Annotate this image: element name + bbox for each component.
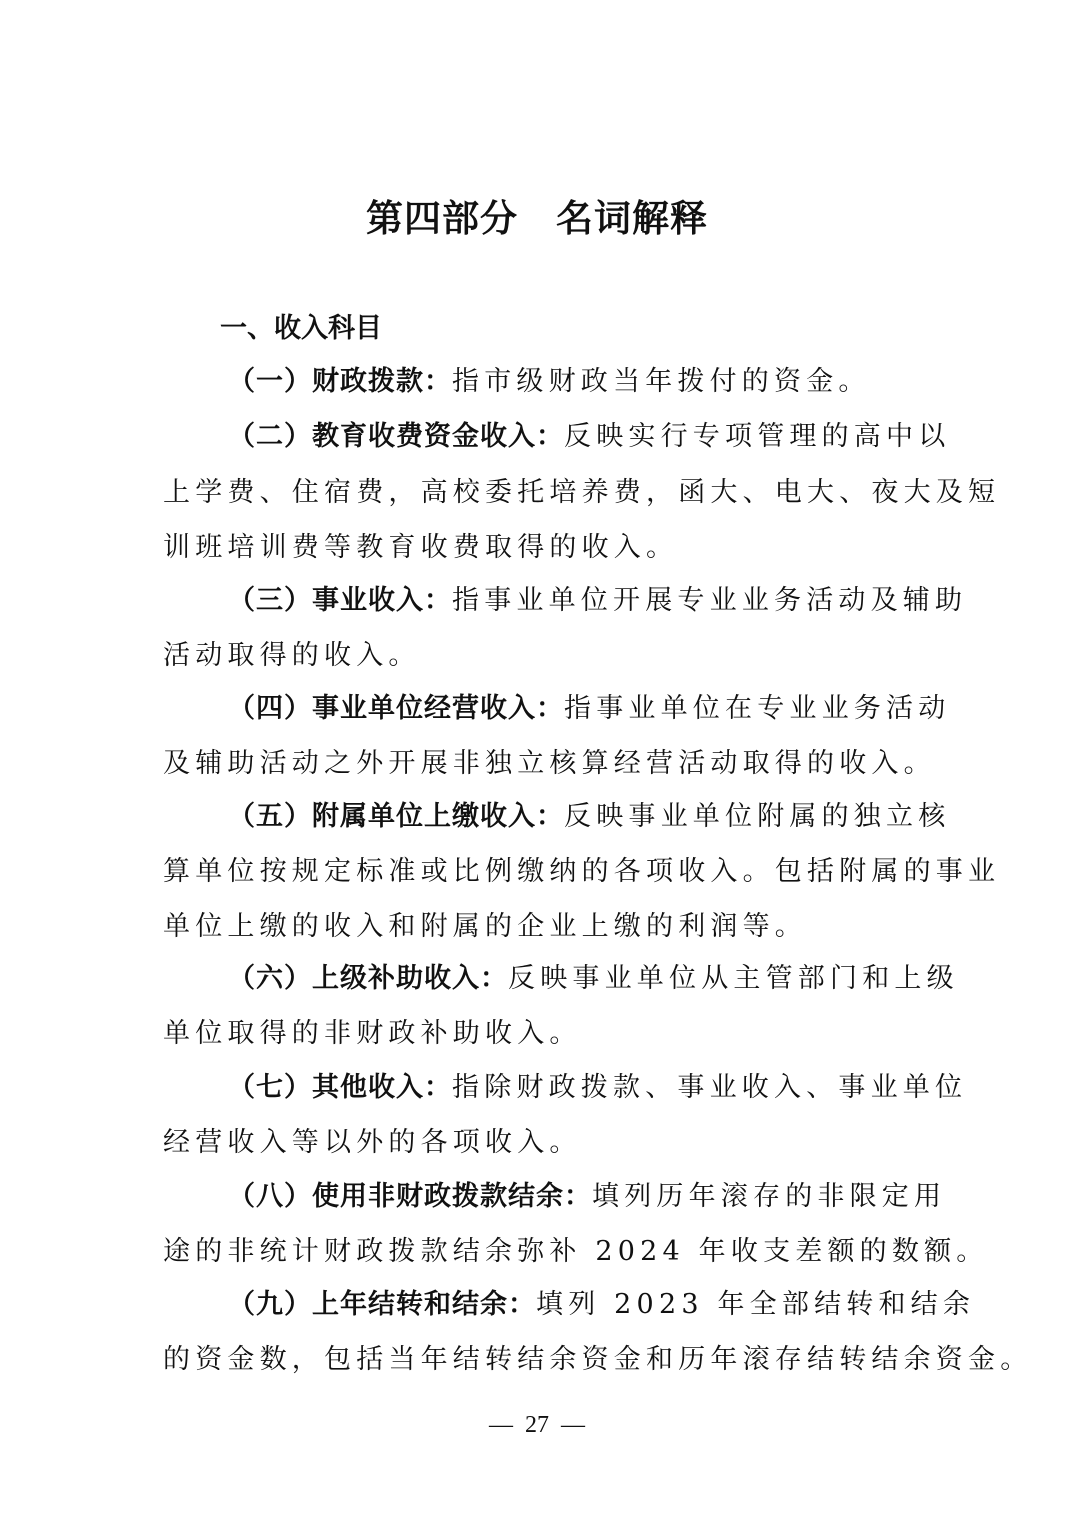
definition-text: 反映事业单位从主管部门和上级 (508, 963, 959, 994)
definition-item-7: （七）其他收入：指除财政拨款、事业收入、事业单位 (228, 1071, 967, 1105)
definition-item-3: （三）事业收入：指事业单位开展专业业务活动及辅助 (228, 584, 967, 618)
definition-term: （五）附属单位上缴收入： (228, 801, 564, 832)
page-title: 第四部分 名词解释 (0, 188, 1074, 242)
definition-text: 指事业单位在专业业务活动 (564, 693, 950, 724)
definition-text: 指市级财政当年拨付的资金。 (452, 366, 871, 397)
definition-text-line: 活动取得的收入。 (163, 639, 421, 673)
definition-text: 指事业单位开展专业业务活动及辅助 (452, 585, 967, 616)
definition-term: （一）财政拨款： (228, 366, 452, 397)
definition-item-6: （六）上级补助收入：反映事业单位从主管部门和上级 (228, 962, 959, 996)
definition-text-line: 途的非统计财政拨款结余弥补 2024 年收支差额的数额。 (163, 1235, 988, 1269)
definition-text: 反映事业单位附属的独立核 (564, 801, 950, 832)
section-heading: 一、收入科目 (220, 306, 382, 345)
definition-text-line: 经营收入等以外的各项收入。 (163, 1126, 582, 1160)
definition-item-5: （五）附属单位上缴收入：反映事业单位附属的独立核 (228, 800, 950, 834)
definition-text-line: 单位上缴的收入和附属的企业上缴的利润等。 (163, 910, 807, 944)
page-number: — 27 — (0, 1412, 1074, 1439)
definition-term: （四）事业单位经营收入： (228, 693, 564, 724)
definition-term: （八）使用非财政拨款结余： (228, 1181, 592, 1212)
definition-term: （二）教育收费资金收入： (228, 421, 564, 452)
definition-text-line: 单位取得的非财政补助收入。 (163, 1017, 582, 1051)
definition-text: 填列历年滚存的非限定用 (592, 1181, 946, 1212)
definition-item-8: （八）使用非财政拨款结余：填列历年滚存的非限定用 (228, 1180, 946, 1214)
definition-item-2: （二）教育收费资金收入：反映实行专项管理的高中以 (228, 420, 950, 454)
definition-item-9: （九）上年结转和结余：填列 2023 年全部结转和结余 (228, 1288, 975, 1322)
definition-term: （九）上年结转和结余： (228, 1289, 536, 1320)
definition-text-line: 训班培训费等教育收费取得的收入。 (163, 531, 678, 565)
definition-term: （七）其他收入： (228, 1072, 452, 1103)
definition-term: （三）事业收入： (228, 585, 452, 616)
definition-item-1: （一）财政拨款：指市级财政当年拨付的资金。 (228, 365, 871, 399)
definition-term: （六）上级补助收入： (228, 963, 508, 994)
definition-text-line: 上学费、住宿费，高校委托培养费，函大、电大、夜大及短 (163, 476, 1000, 510)
definition-text: 指除财政拨款、事业收入、事业单位 (452, 1072, 967, 1103)
definition-text: 反映实行专项管理的高中以 (564, 421, 950, 452)
definition-item-4: （四）事业单位经营收入：指事业单位在专业业务活动 (228, 692, 950, 726)
definition-text-line: 算单位按规定标准或比例缴纳的各项收入。包括附属的事业 (163, 855, 1000, 889)
definition-text-line: 的资金数，包括当年结转结余资金和历年滚存结转结余资金。 (163, 1343, 1032, 1377)
definition-text-line: 及辅助活动之外开展非独立核算经营活动取得的收入。 (163, 747, 936, 781)
definition-text: 填列 2023 年全部结转和结余 (536, 1289, 975, 1320)
